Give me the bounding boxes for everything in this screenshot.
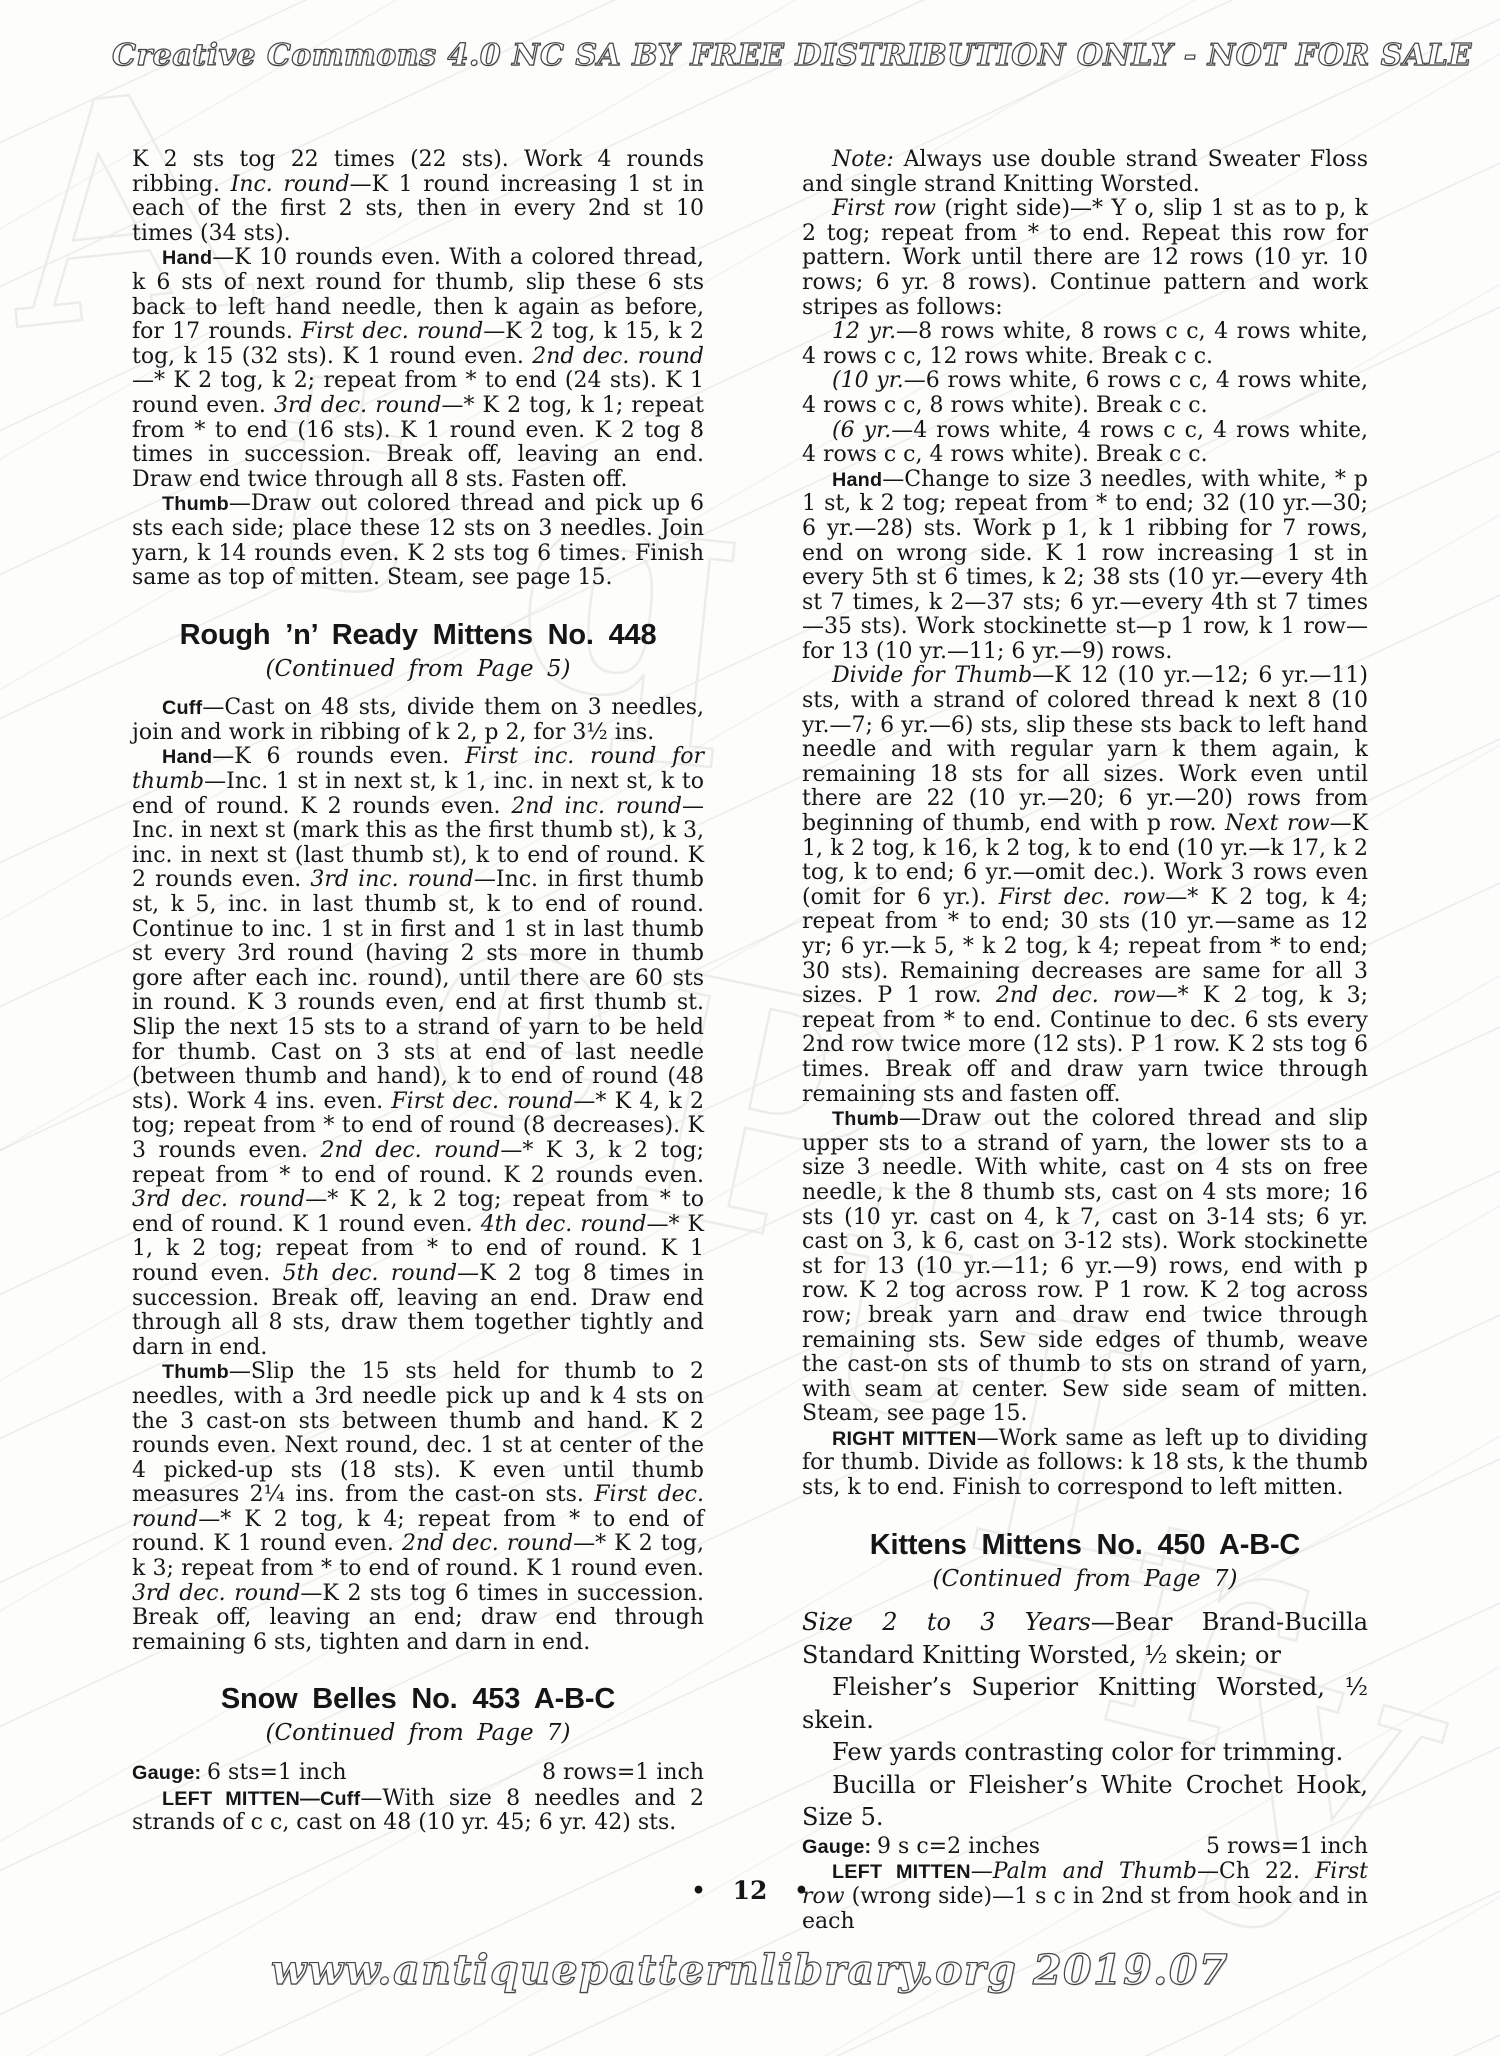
italic-run: 2nd inc. round bbox=[511, 794, 682, 819]
paragraph: (10 yr.—6 rows white, 6 rows c c, 4 rows… bbox=[802, 369, 1368, 418]
bold-lead-in: Thumb bbox=[162, 1361, 229, 1383]
paragraph: Note: Always use double strand Sweater F… bbox=[802, 148, 1368, 197]
gauge-right-value: 8 rows=1 inch bbox=[542, 1761, 704, 1786]
paragraph: Hand—Change to size 3 needles, with whit… bbox=[802, 468, 1368, 665]
paragraph: Cuff—Cast on 48 sts, divide them on 3 ne… bbox=[132, 696, 704, 745]
page-number-right-dot: • bbox=[794, 1878, 808, 1904]
text-run: —K 6 rounds even. bbox=[212, 744, 465, 769]
continued-from-note: (Continued from Page 5) bbox=[132, 657, 704, 682]
paragraph: Thumb—Slip the 15 sts held for thumb to … bbox=[132, 1360, 704, 1655]
gauge-label: Gauge: bbox=[132, 1762, 207, 1784]
gauge-left-value: 9 s c=2 inches bbox=[877, 1834, 1040, 1859]
gauge-label: Gauge: bbox=[802, 1836, 877, 1858]
right-column: Note: Always use double strand Sweater F… bbox=[802, 148, 1368, 1934]
italic-run: 2nd dec. row bbox=[996, 983, 1156, 1008]
scanned-pattern-page: AtqePtLry Creative Commons 4.0 NC SA BY … bbox=[0, 0, 1500, 2056]
paragraph: First row (right side)—* Y o, slip 1 st … bbox=[802, 197, 1368, 320]
left-column: K 2 sts tog 22 times (22 sts). Work 4 ro… bbox=[132, 148, 704, 1836]
copyright-header: Creative Commons 4.0 NC SA BY FREE DISTR… bbox=[112, 38, 1472, 73]
paragraph: Divide for Thumb—K 12 (10 yr.—12; 6 yr.—… bbox=[802, 664, 1368, 1107]
italic-run: (10 yr. bbox=[832, 368, 904, 393]
paragraph: 12 yr.—8 rows white, 8 rows c c, 4 rows … bbox=[802, 320, 1368, 369]
page-number-value: 12 bbox=[733, 1876, 768, 1905]
bold-lead-in: RIGHT MITTEN bbox=[832, 1428, 977, 1450]
paragraph: Few yards contrasting color for trimming… bbox=[802, 1736, 1368, 1769]
paragraph: (6 yr.—4 rows white, 4 rows c c, 4 rows … bbox=[802, 419, 1368, 468]
footer-watermark: www.antiquepatternlibrary.org 2019.07 bbox=[271, 1946, 1229, 1994]
italic-run: First dec. round bbox=[391, 1089, 573, 1114]
italic-run: Size 2 to 3 Years bbox=[802, 1608, 1091, 1636]
continued-from-note: (Continued from Page 7) bbox=[802, 1567, 1368, 1592]
bold-lead-in: Hand bbox=[832, 469, 882, 491]
paragraph: Fleisher’s Superior Knitting Worsted, ½ … bbox=[802, 1671, 1368, 1736]
paragraph: Thumb—Draw out the colored thread and sl… bbox=[802, 1107, 1368, 1427]
text-run: —Draw out the colored thread and slip up… bbox=[802, 1106, 1368, 1426]
text-run: —Inc. in first thumb st, k 5, inc. in la… bbox=[132, 867, 704, 1113]
text-run: Few yards contrasting color for trimming… bbox=[832, 1738, 1343, 1766]
gauge-left: Gauge: 9 s c=2 inches bbox=[802, 1835, 1040, 1860]
italic-run: First dec. round bbox=[301, 319, 483, 344]
paragraph: K 2 sts tog 22 times (22 sts). Work 4 ro… bbox=[132, 148, 704, 246]
bold-lead-in: LEFT MITTEN—Cuff bbox=[162, 1788, 360, 1810]
italic-run: 2nd dec. round bbox=[321, 1138, 501, 1163]
bold-lead-in: Cuff bbox=[162, 697, 202, 719]
gauge-left-value: 6 sts=1 inch bbox=[207, 1760, 347, 1785]
italic-run: 5th dec. round bbox=[283, 1261, 457, 1286]
italic-run: 12 yr. bbox=[832, 319, 896, 344]
italic-run: Inc. round bbox=[231, 172, 350, 197]
page-number: • 12 • bbox=[0, 1876, 1500, 1905]
page-number-left-dot: • bbox=[692, 1878, 706, 1904]
gauge-right-value: 5 rows=1 inch bbox=[1206, 1835, 1368, 1860]
gauge-left: Gauge: 6 sts=1 inch bbox=[132, 1761, 347, 1786]
italic-run: 2nd dec. round bbox=[402, 1531, 573, 1556]
italic-run: 2nd dec. round bbox=[532, 344, 704, 369]
gauge-line: Gauge: 6 sts=1 inch8 rows=1 inch bbox=[132, 1761, 704, 1786]
gauge-line: Gauge: 9 s c=2 inches5 rows=1 inch bbox=[802, 1835, 1368, 1860]
italic-run: Next row bbox=[1225, 811, 1330, 836]
text-run: Bucilla or Fleisher’s White Crochet Hook… bbox=[802, 1771, 1368, 1832]
italic-run: Divide for Thumb bbox=[832, 663, 1032, 688]
italic-run: 3rd dec. round bbox=[132, 1187, 305, 1212]
text-run: Fleisher’s Superior Knitting Worsted, ½ … bbox=[802, 1673, 1368, 1734]
italic-run: (6 yr. bbox=[832, 418, 891, 443]
paragraph: Hand—K 6 rounds even. First inc. round f… bbox=[132, 745, 704, 1360]
italic-run: Note: bbox=[832, 147, 894, 172]
paragraph: Bucilla or Fleisher’s White Crochet Hook… bbox=[802, 1769, 1368, 1834]
italic-run: 3rd inc. round bbox=[310, 867, 473, 892]
section-heading: Snow Belles No. 453 A-B-C bbox=[132, 1682, 704, 1716]
paragraph: Size 2 to 3 Years—Bear Brand-Bucilla Sta… bbox=[802, 1606, 1368, 1671]
italic-run: 3rd dec. round bbox=[132, 1581, 300, 1606]
paragraph: Hand—K 10 rounds even. With a colored th… bbox=[132, 246, 704, 492]
paragraph: Thumb—Draw out colored thread and pick u… bbox=[132, 492, 704, 590]
bold-lead-in: Hand bbox=[162, 247, 212, 269]
italic-run: First dec. row bbox=[999, 885, 1166, 910]
section-heading: Rough ’n’ Ready Mittens No. 448 bbox=[132, 618, 704, 652]
paragraph: LEFT MITTEN—Cuff—With size 8 needles and… bbox=[132, 1787, 704, 1836]
text-run: —Cast on 48 sts, divide them on 3 needle… bbox=[132, 695, 704, 745]
italic-run: 3rd dec. round bbox=[274, 393, 441, 418]
italic-run: 4th dec. round bbox=[481, 1212, 647, 1237]
bold-lead-in: Thumb bbox=[832, 1108, 899, 1130]
section-heading: Kittens Mittens No. 450 A-B-C bbox=[802, 1528, 1368, 1562]
text-run: —Change to size 3 needles, with white, *… bbox=[802, 467, 1368, 664]
bold-lead-in: Thumb bbox=[162, 493, 229, 515]
bold-lead-in: Hand bbox=[162, 746, 212, 768]
continued-from-note: (Continued from Page 7) bbox=[132, 1721, 704, 1746]
paragraph: RIGHT MITTEN—Work same as left up to div… bbox=[802, 1427, 1368, 1501]
italic-run: First row bbox=[832, 196, 936, 221]
